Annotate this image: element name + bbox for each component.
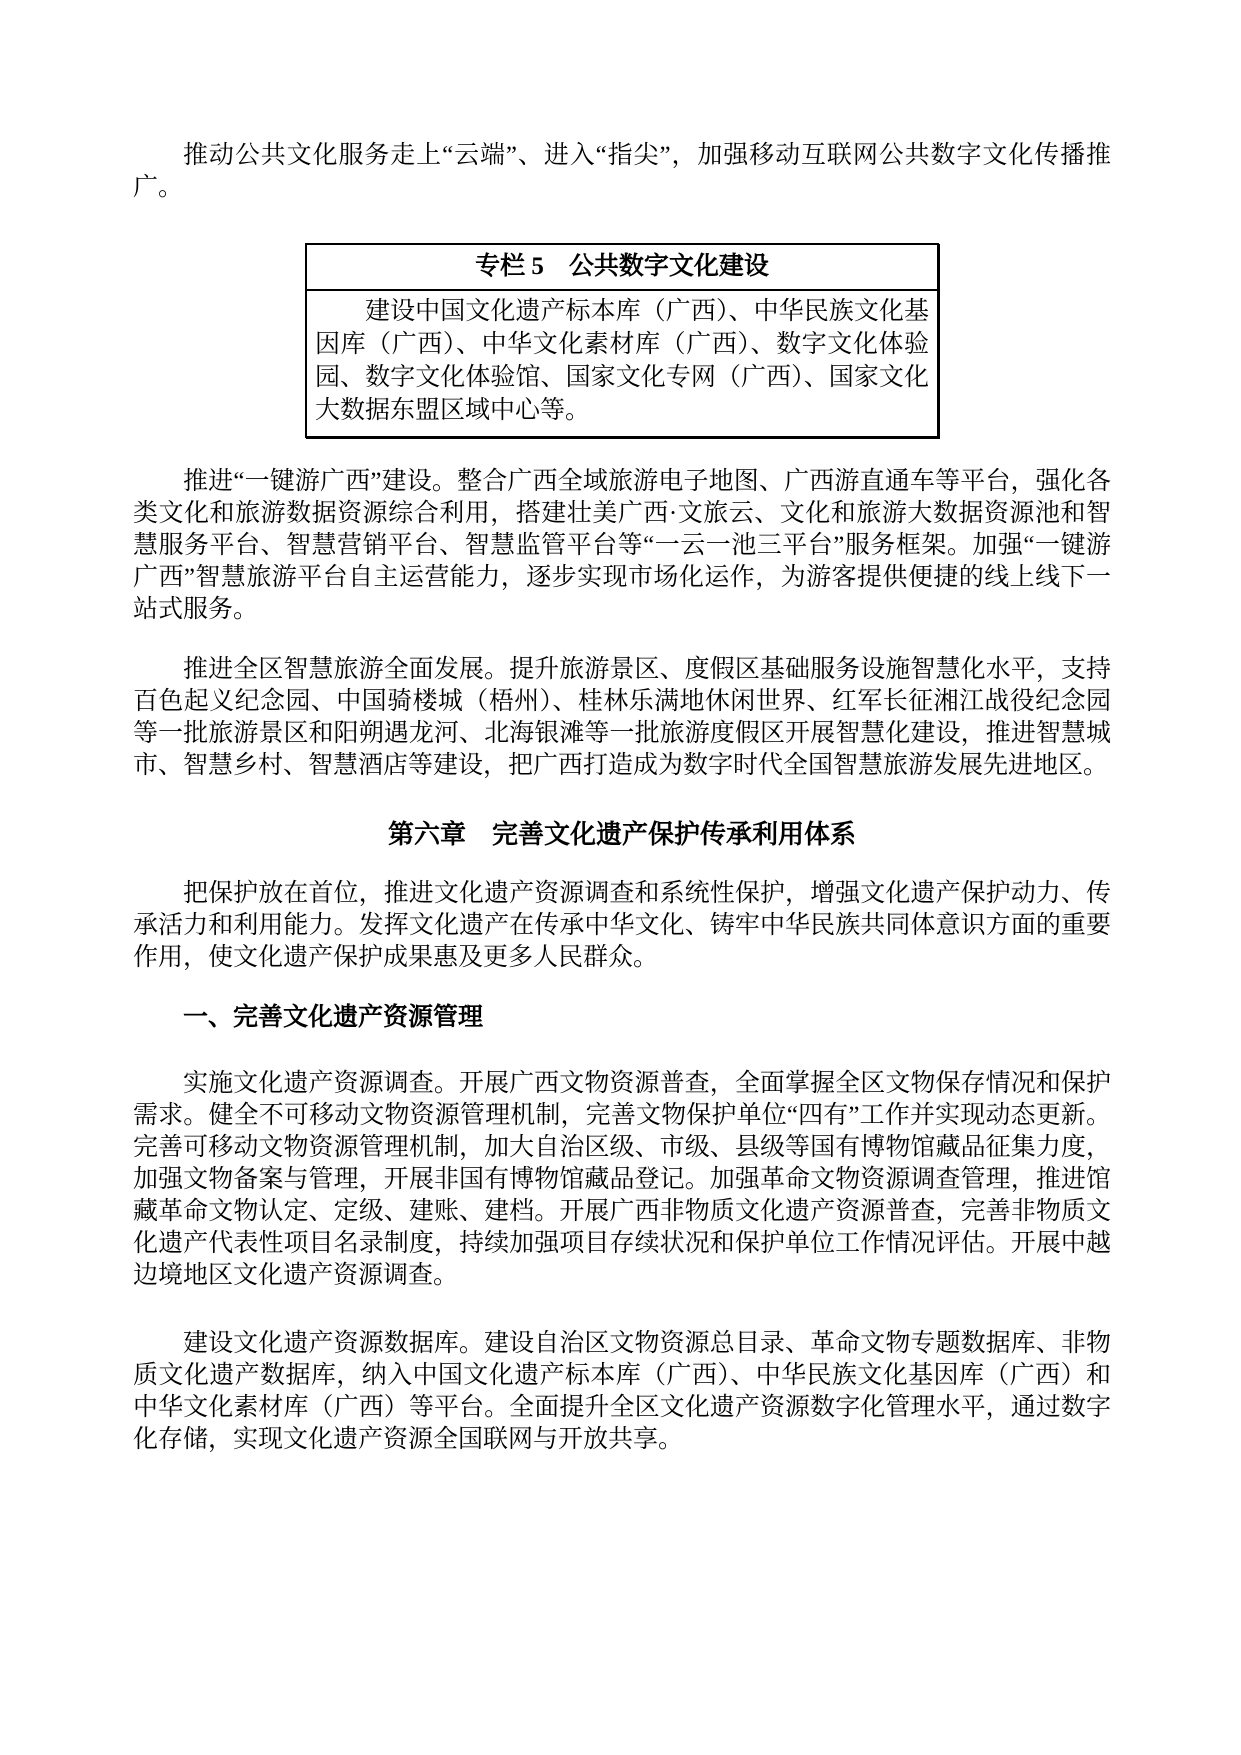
column-box-title: 专栏 5 公共数字文化建设 xyxy=(307,245,937,291)
paragraph-smart-tourism: 推进全区智慧旅游全面发展。提升旅游景区、度假区基础服务设施智慧化水平，支持百色起… xyxy=(133,654,1111,782)
paragraph-one-click-tour-guangxi: 推进“一键游广西”建设。整合广西全域旅游电子地图、广西游直通车等平台，强化各类文… xyxy=(133,466,1111,626)
document-page: 推动公共文化服务走上“云端”、进入“指尖”，加强移动互联网公共数字文化传播推广。… xyxy=(0,0,1241,1755)
paragraph-public-digital-culture: 推动公共文化服务走上“云端”、进入“指尖”，加强移动互联网公共数字文化传播推广。 xyxy=(133,140,1111,204)
column-box-body: 建设中国文化遗产标本库（广西）、中华民族文化基因库（广西）、中华文化素材库（广西… xyxy=(307,291,937,436)
chapter-heading: 第六章 完善文化遗产保护传承利用体系 xyxy=(133,818,1111,852)
section-heading-resource-management: 一、完善文化遗产资源管理 xyxy=(133,1002,1111,1034)
column-box-5: 专栏 5 公共数字文化建设 建设中国文化遗产标本库（广西）、中华民族文化基因库（… xyxy=(305,243,939,438)
paragraph-heritage-protection-intro: 把保护放在首位，推进文化遗产资源调查和系统性保护，增强文化遗产保护动力、传承活力… xyxy=(133,878,1111,974)
paragraph-heritage-resource-survey: 实施文化遗产资源调查。开展广西文物资源普查，全面掌握全区文物保存情况和保护需求。… xyxy=(133,1068,1111,1292)
paragraph-heritage-database: 建设文化遗产资源数据库。建设自治区文物资源总目录、革命文物专题数据库、非物质文化… xyxy=(133,1328,1111,1456)
